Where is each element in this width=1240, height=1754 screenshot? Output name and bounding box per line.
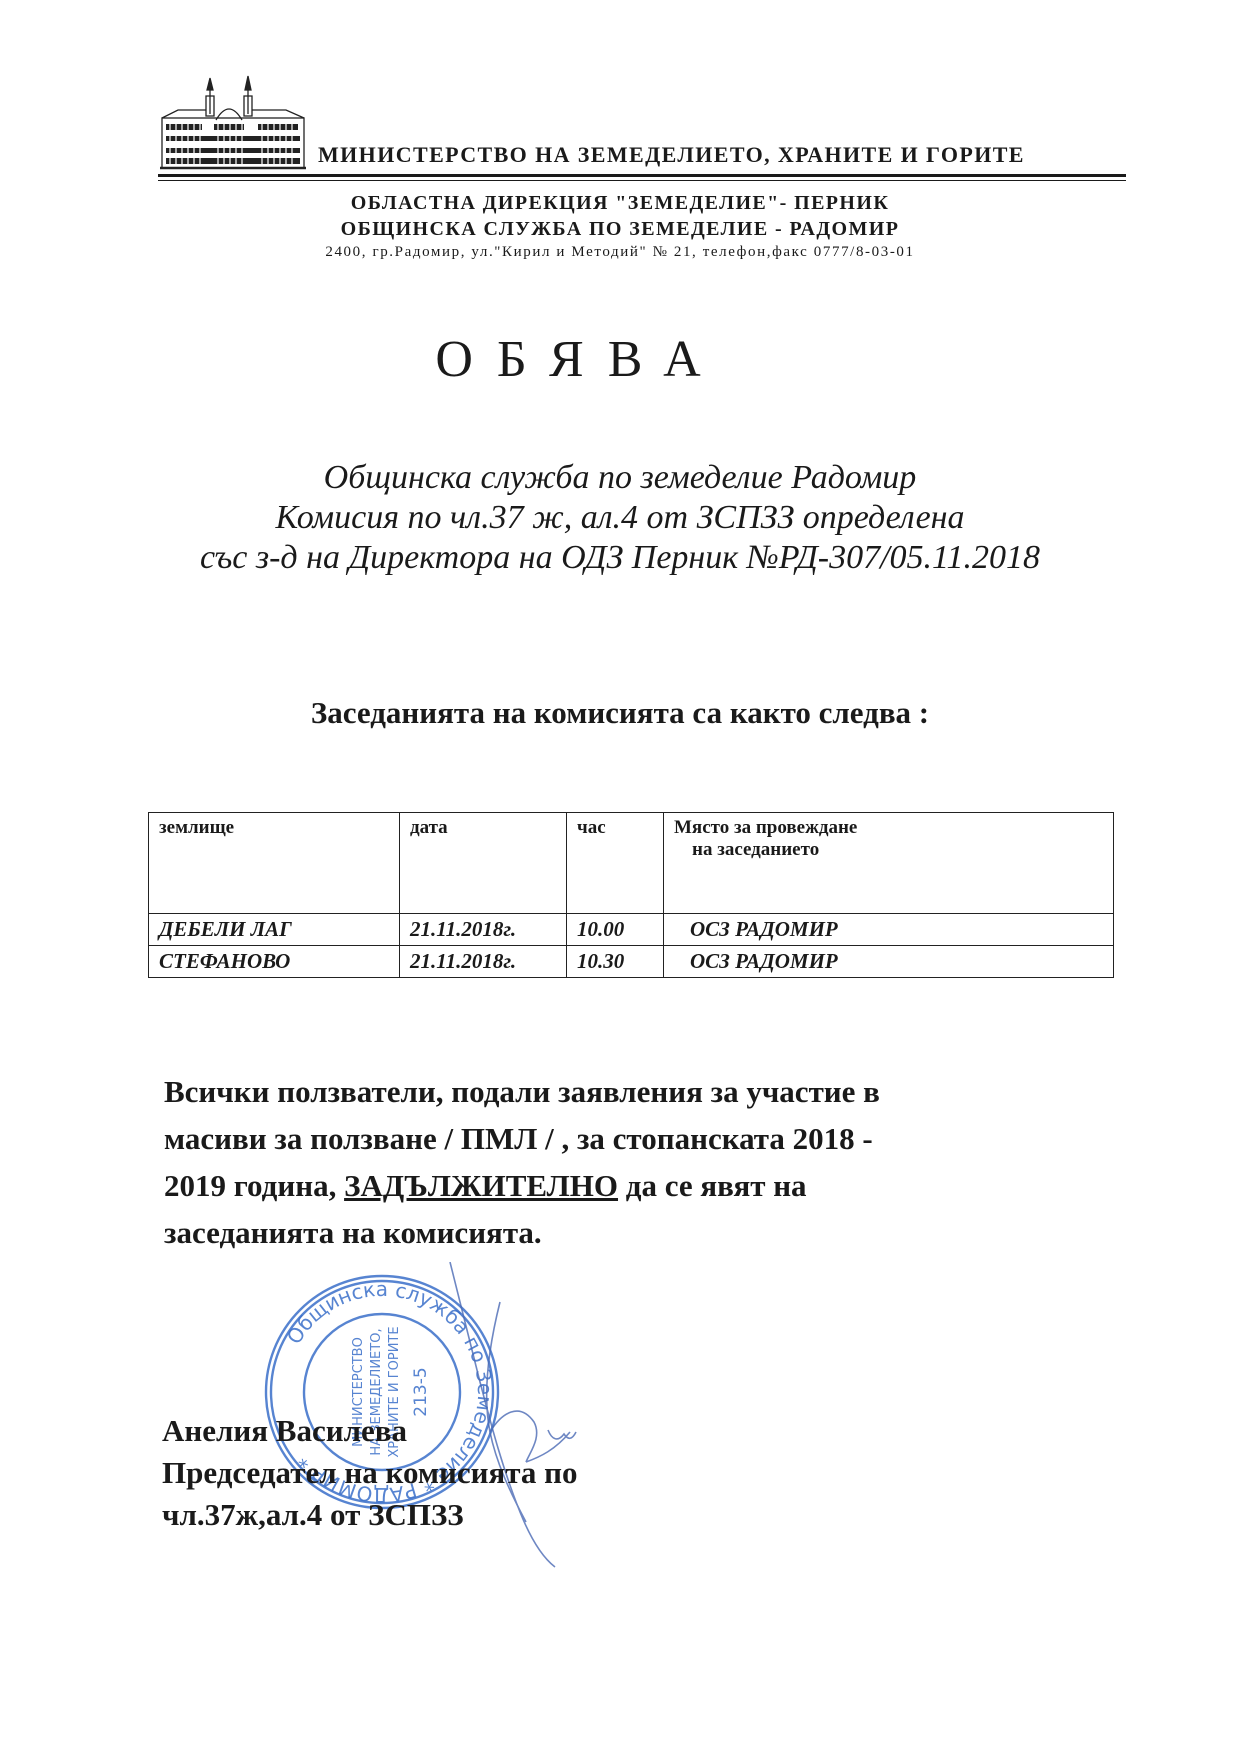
header-time: час	[567, 813, 664, 914]
header-place: Място за провеждане на заседанието	[664, 813, 1114, 914]
address-line: 2400, гр.Радомир, ул."Кирил и Методий" №…	[0, 244, 1240, 261]
cell-date: 21.11.2018г.	[400, 946, 567, 978]
signer-name: Анелия Василева	[162, 1410, 577, 1452]
intro-line-3: със з-д на Директора на ОДЗ Перник №РД-3…	[0, 538, 1240, 578]
municipal-service: ОБЩИНСКА СЛУЖБА ПО ЗЕМЕДЕЛИЕ - РАДОМИР	[0, 218, 1240, 241]
sessions-table: землище дата час Място за провеждане на …	[148, 812, 1114, 978]
notice-line-4: заседанията на комисията.	[164, 1209, 1064, 1256]
signer-role-line-2: чл.37ж,ал.4 от ЗСПЗЗ	[162, 1494, 577, 1536]
notice-line-2: масиви за ползване / ПМЛ / , за стопанск…	[164, 1115, 1064, 1162]
letterhead-rule	[158, 174, 1126, 177]
notice-line-1: Всички ползватели, подали заявления за у…	[164, 1068, 1064, 1115]
ministry-name: МИНИСТЕРСТВО НА ЗЕМЕДЕЛИЕТО, ХРАНИТЕ И Г…	[318, 142, 1025, 168]
regional-directorate: ОБЛАСТНА ДИРЕКЦИЯ "ЗЕМЕДЕЛИЕ"- ПЕРНИК	[0, 192, 1240, 215]
cell-date: 21.11.2018г.	[400, 914, 567, 946]
schedule-heading: Заседанията на комисията са както следва…	[0, 695, 1240, 731]
table-row: СТЕФАНОВО 21.11.2018г. 10.30 ОСЗ РАДОМИР	[149, 946, 1114, 978]
header-date: дата	[400, 813, 567, 914]
notice-line-3-suffix: да се явят на	[618, 1168, 807, 1203]
document-title: ОБЯВА	[0, 330, 1160, 389]
cell-place: ОСЗ РАДОМИР	[664, 914, 1114, 946]
header-land: землище	[149, 813, 400, 914]
mandatory-emphasis: ЗАДЪЛЖИТЕЛНО	[344, 1168, 618, 1203]
cell-land: ДЕБЕЛИ ЛАГ	[149, 914, 400, 946]
header-place-line-2: на заседанието	[674, 839, 1103, 861]
cell-place: ОСЗ РАДОМИР	[664, 946, 1114, 978]
intro-line-2: Комисия по чл.37 ж, ал.4 от ЗСПЗЗ опреде…	[0, 498, 1240, 538]
signer-block: Анелия Василева Председател на комисията…	[162, 1410, 577, 1536]
header-place-line-1: Място за провеждане	[674, 817, 857, 838]
letterhead-rule-thin	[158, 180, 1126, 181]
intro-line-1: Общинска служба по земеделие Радомир	[0, 458, 1240, 498]
notice-line-3: 2019 година, ЗАДЪЛЖИТЕЛНО да се явят на	[164, 1162, 1064, 1209]
cell-time: 10.00	[567, 914, 664, 946]
table-row: ДЕБЕЛИ ЛАГ 21.11.2018г. 10.00 ОСЗ РАДОМИ…	[149, 914, 1114, 946]
intro-block: Общинска служба по земеделие Радомир Ком…	[0, 458, 1240, 578]
notice-line-3-prefix: 2019 година,	[164, 1168, 344, 1203]
cell-time: 10.30	[567, 946, 664, 978]
table-header-row: землище дата час Място за провеждане на …	[149, 813, 1114, 914]
cell-land: СТЕФАНОВО	[149, 946, 400, 978]
signer-role-line-1: Председател на комисията по	[162, 1452, 577, 1494]
mandatory-notice: Всички ползватели, подали заявления за у…	[164, 1068, 1064, 1256]
ministry-building-logo-icon	[158, 74, 308, 174]
